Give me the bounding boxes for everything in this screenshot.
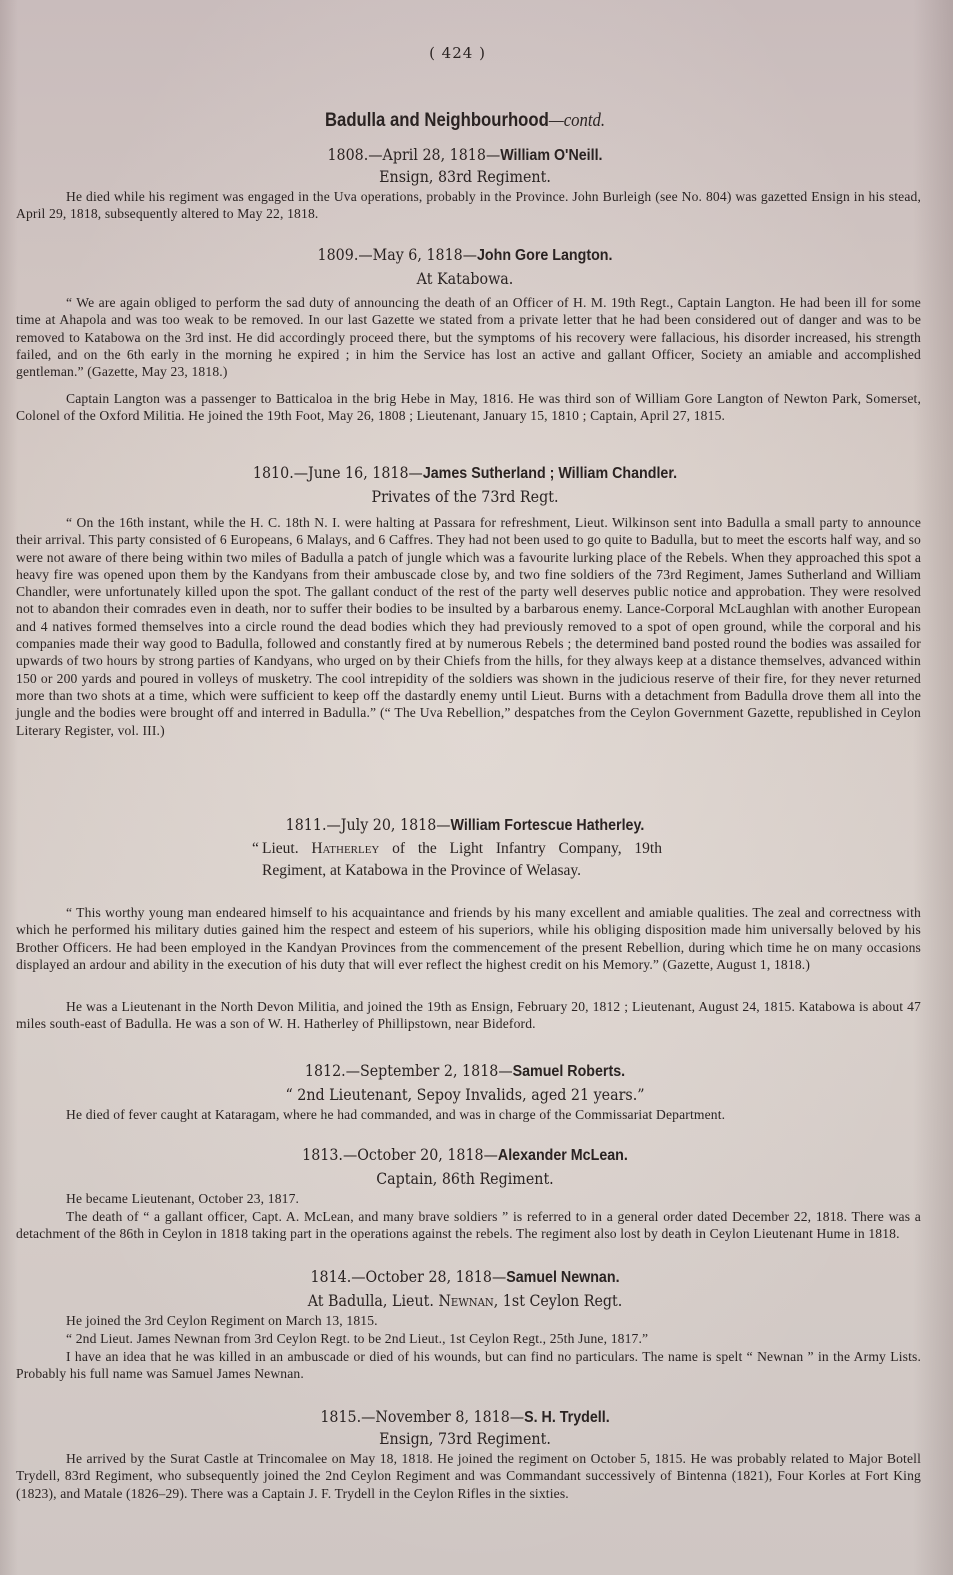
- entry-number-date: 1813.—October 20, 1818—: [302, 1146, 498, 1164]
- book-page: ( 424 ) Badulla and Neighbourhood—contd.…: [0, 0, 953, 1575]
- open-quote: “: [252, 838, 259, 860]
- entry-paragraph: He was a Lieutenant in the North Devon M…: [16, 998, 921, 1033]
- running-head-suffix: —contd.: [549, 110, 605, 131]
- entry-number-date: 1814.—October 28, 1818—: [310, 1268, 506, 1286]
- entry-name: S. H. Trydell.: [524, 1409, 610, 1426]
- entry-paragraph: “ We are again obliged to perform the sa…: [16, 294, 921, 380]
- entry-number-date: 1811.—July 20, 1818—: [286, 816, 451, 834]
- entry-heading-1815: 1815.—November 8, 1818—S. H. Trydell.: [37, 1408, 893, 1427]
- entry-number-date: 1809.—May 6, 1818—: [318, 246, 477, 264]
- quote-text: Lieut.: [262, 840, 311, 857]
- entry-subheading: Ensign, 73rd Regiment.: [37, 1430, 893, 1448]
- entry-heading-1814: 1814.—October 28, 1818—Samuel Newnan.: [37, 1268, 893, 1287]
- entry-paragraph: Captain Langton was a passenger to Batti…: [16, 390, 921, 425]
- entry-paragraph: He died while his regiment was engaged i…: [16, 188, 921, 223]
- entry-heading-1811: 1811.—July 20, 1818—William Fortescue Ha…: [37, 816, 893, 835]
- quote-name-smallcaps: Hatherley: [311, 840, 379, 857]
- entry-subheading: At Katabowa.: [37, 270, 893, 288]
- entry-subheading: Captain, 86th Regiment.: [37, 1170, 893, 1188]
- page-number: ( 424 ): [0, 44, 915, 62]
- entry-paragraph: “ On the 16th instant, while the H. C. 1…: [16, 514, 921, 739]
- entry-subheading: “ 2nd Lieutenant, Sepoy Invalids, aged 2…: [37, 1086, 893, 1104]
- entry-paragraph: “ 2nd Lieut. James Newnan from 3rd Ceylo…: [16, 1330, 921, 1347]
- entry-subheading: Ensign, 83rd Regiment.: [37, 168, 893, 186]
- entry-paragraph: He joined the 3rd Ceylon Regiment on Mar…: [16, 1312, 921, 1329]
- subheading-name-smallcaps: Newnan: [438, 1292, 493, 1310]
- entry-name: John Gore Langton.: [477, 247, 612, 264]
- entry-subheading: Privates of the 73rd Regt.: [37, 488, 893, 506]
- entry-number-date: 1812.—September 2, 1818—: [305, 1062, 513, 1080]
- entry-heading-1812: 1812.—September 2, 1818—Samuel Roberts.: [37, 1062, 893, 1081]
- entry-paragraph: He became Lieutenant, October 23, 1817.: [16, 1190, 921, 1207]
- entry-paragraph: He arrived by the Surat Castle at Trinco…: [16, 1450, 921, 1502]
- entry-name: Samuel Roberts.: [513, 1063, 626, 1080]
- entry-number-date: 1808.—April 28, 1818—: [327, 146, 500, 164]
- entry-heading-1813: 1813.—October 20, 1818—Alexander McLean.: [37, 1146, 893, 1165]
- entry-quote-block: “Lieut. Hatherley of the Light Infantry …: [262, 838, 662, 882]
- entry-name: Samuel Newnan.: [506, 1269, 619, 1286]
- entry-heading-1810: 1810.—June 16, 1818—James Sutherland ; W…: [37, 464, 893, 483]
- entry-paragraph: He died of fever caught at Kataragam, wh…: [16, 1106, 921, 1123]
- entry-name: James Sutherland ; William Chandler.: [423, 465, 677, 482]
- entry-name: William Fortescue Hatherley.: [451, 817, 645, 834]
- running-head: Badulla and Neighbourhood—contd.: [56, 110, 874, 132]
- entry-name: William O'Neill.: [500, 147, 602, 164]
- entry-paragraph: I have an idea that he was killed in an …: [16, 1348, 921, 1383]
- entry-paragraph: The death of “ a gallant officer, Capt. …: [16, 1208, 921, 1243]
- subheading-text: At Badulla, Lieut.: [308, 1292, 439, 1310]
- entry-number-date: 1815.—November 8, 1818—: [320, 1408, 524, 1426]
- running-head-title: Badulla and Neighbourhood: [325, 110, 549, 131]
- entry-number-date: 1810.—June 16, 1818—: [253, 464, 423, 482]
- entry-paragraph: “ This worthy young man endeared himself…: [16, 904, 921, 973]
- entry-name: Alexander McLean.: [498, 1147, 628, 1164]
- entry-subheading: At Badulla, Lieut. Newnan, 1st Ceylon Re…: [37, 1292, 893, 1310]
- entry-heading-1809: 1809.—May 6, 1818—John Gore Langton.: [37, 246, 893, 265]
- subheading-text: , 1st Ceylon Regt.: [494, 1292, 623, 1310]
- entry-heading-1808: 1808.—April 28, 1818—William O'Neill.: [37, 146, 893, 165]
